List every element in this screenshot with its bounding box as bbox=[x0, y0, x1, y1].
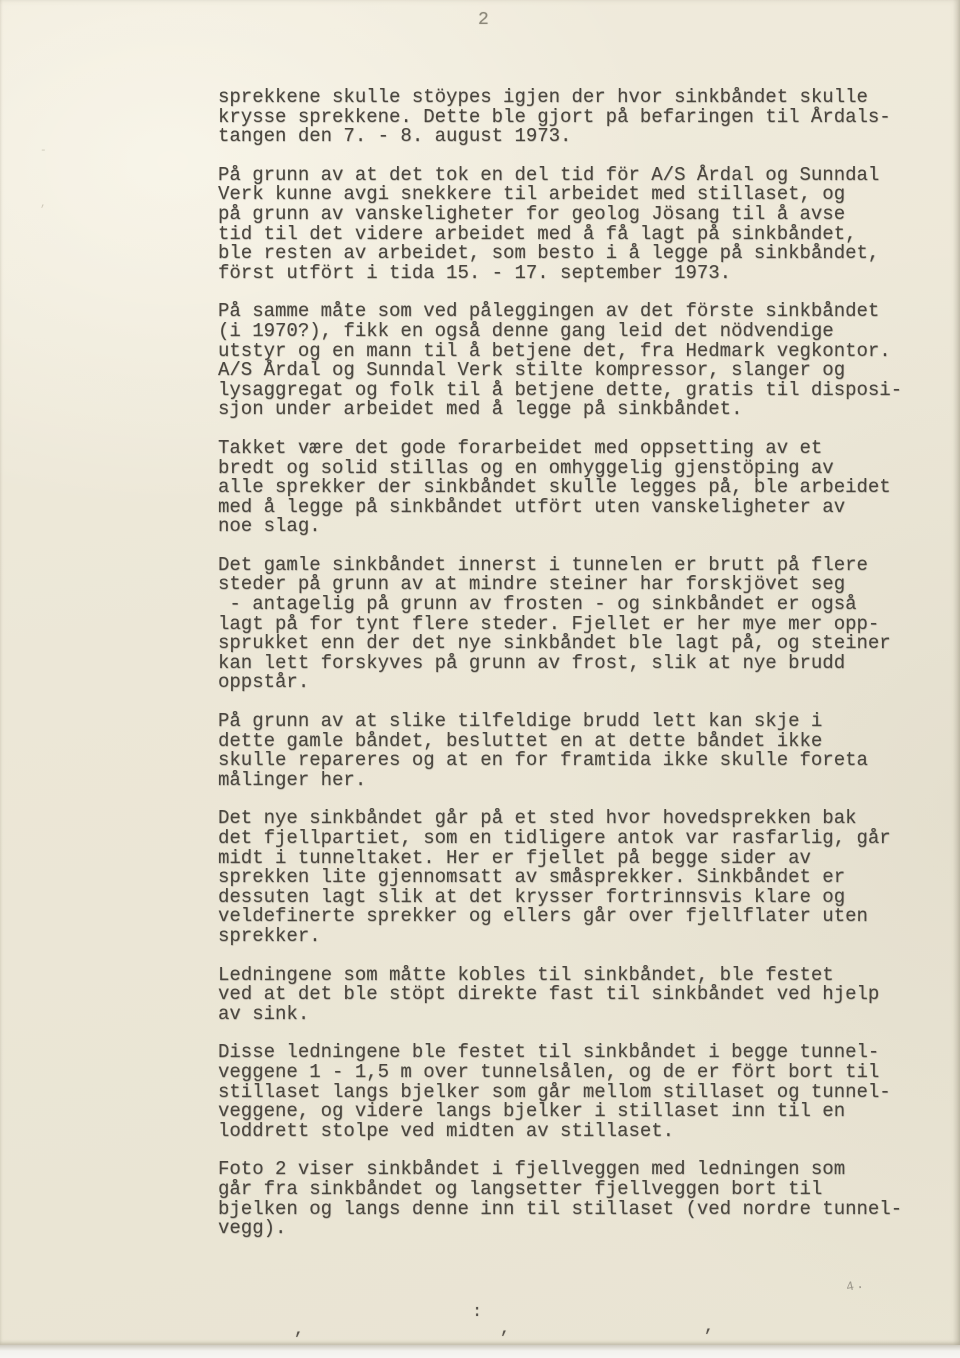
text-line: Takket være det gode forarbeidet med opp… bbox=[218, 439, 924, 459]
scan-bottom-edge bbox=[0, 1345, 960, 1358]
text-line: tangen den 7. - 8. august 1973. bbox=[218, 127, 924, 147]
text-line: skulle repareres og at en for framtida i… bbox=[218, 751, 924, 771]
stray-ink-mark: , bbox=[500, 1320, 510, 1339]
paragraph: Disse ledningene ble festet til sinkbånd… bbox=[218, 1043, 924, 1141]
text-line: oppstår. bbox=[218, 673, 924, 693]
document-body: sprekkene skulle stöypes igjen der hvor … bbox=[218, 88, 924, 1258]
text-line: bjelken og langs denne inn til stillaset… bbox=[218, 1200, 924, 1220]
stray-ink-mark: , bbox=[294, 1321, 304, 1340]
stray-ink-mark: , bbox=[704, 1318, 714, 1337]
paragraph: På samme måte som ved påleggingen av det… bbox=[218, 302, 924, 420]
text-line: sjon under arbeidet med å legge på sinkb… bbox=[218, 400, 924, 420]
text-line: på grunn av vanskeligheter for geolog Jö… bbox=[218, 205, 924, 225]
text-line: - antagelig på grunn av frosten - og sin… bbox=[218, 595, 924, 615]
text-line: sprukket enn der det nye sinkbåndet ble … bbox=[218, 634, 924, 654]
text-line: noe slag. bbox=[218, 517, 924, 537]
text-line: kan lett forskyves på grunn av frost, sl… bbox=[218, 654, 924, 674]
text-line: av sink. bbox=[218, 1005, 924, 1025]
text-line: alle sprekker der sinkbåndet skulle legg… bbox=[218, 478, 924, 498]
paragraph: Takket være det gode forarbeidet med opp… bbox=[218, 439, 924, 537]
text-line: sprekker. bbox=[218, 927, 924, 947]
text-line: med å legge på sinkbåndet utfört uten va… bbox=[218, 498, 924, 518]
text-line: ble resten av arbeidet, som besto i å le… bbox=[218, 244, 924, 264]
text-line: veldefinerte sprekker og ellers går over… bbox=[218, 907, 924, 927]
paragraph: Det nye sinkbåndet går på et sted hvor h… bbox=[218, 809, 924, 946]
paragraph: Det gamle sinkbåndet innerst i tunnelen … bbox=[218, 556, 924, 693]
text-line: målinger her. bbox=[218, 771, 924, 791]
paragraph: På grunn av at slike tilfeldige brudd le… bbox=[218, 712, 924, 790]
paragraph: Foto 2 viser sinkbåndet i fjellveggen me… bbox=[218, 1160, 924, 1238]
paper-sheet: 2 sprekkene skulle stöypes igjen der hvo… bbox=[0, 0, 960, 1345]
paragraph: Ledningene som måtte kobles til sinkbånd… bbox=[218, 966, 924, 1025]
stray-ink-mark: , bbox=[40, 198, 47, 210]
text-line: Disse ledningene ble festet til sinkbånd… bbox=[218, 1043, 924, 1063]
paragraph: På grunn av at det tok en del tid för A/… bbox=[218, 166, 924, 284]
text-line: veggene, og videre langs bjelker i still… bbox=[218, 1102, 924, 1122]
text-line: (i 1970?), fikk en også denne gang leid … bbox=[218, 322, 924, 342]
text-line: Foto 2 viser sinkbåndet i fjellveggen me… bbox=[218, 1160, 924, 1180]
text-line: På samme måte som ved påleggingen av det… bbox=[218, 302, 924, 322]
stray-ink-mark: : bbox=[472, 1303, 482, 1322]
text-line: det fjellpartiet, som en tidligere antok… bbox=[218, 829, 924, 849]
text-line: ved at det ble stöpt direkte fast til si… bbox=[218, 985, 924, 1005]
text-line: loddrett stolpe ved midten av stillaset. bbox=[218, 1122, 924, 1142]
text-line: går fra sinkbåndet og langsetter fjellve… bbox=[218, 1180, 924, 1200]
text-line: sprekken lite gjennomsatt av småsprekker… bbox=[218, 868, 924, 888]
text-line: På grunn av at slike tilfeldige brudd le… bbox=[218, 712, 924, 732]
text-line: vegg). bbox=[218, 1219, 924, 1239]
scanned-document-page: 2 sprekkene skulle stöypes igjen der hvo… bbox=[0, 0, 960, 1358]
text-line: först utfört i tida 15. - 17. september … bbox=[218, 264, 924, 284]
text-line: veggene 1 - 1,5 m over tunnelsålen, og d… bbox=[218, 1063, 924, 1083]
text-line: A/S Årdal og Sunndal Verk stilte kompres… bbox=[218, 361, 924, 381]
text-line: sprekkene skulle stöypes igjen der hvor … bbox=[218, 88, 924, 108]
paragraph: sprekkene skulle stöypes igjen der hvor … bbox=[218, 88, 924, 147]
page-number: 2 bbox=[478, 10, 489, 30]
stray-ink-mark: - bbox=[40, 145, 47, 157]
